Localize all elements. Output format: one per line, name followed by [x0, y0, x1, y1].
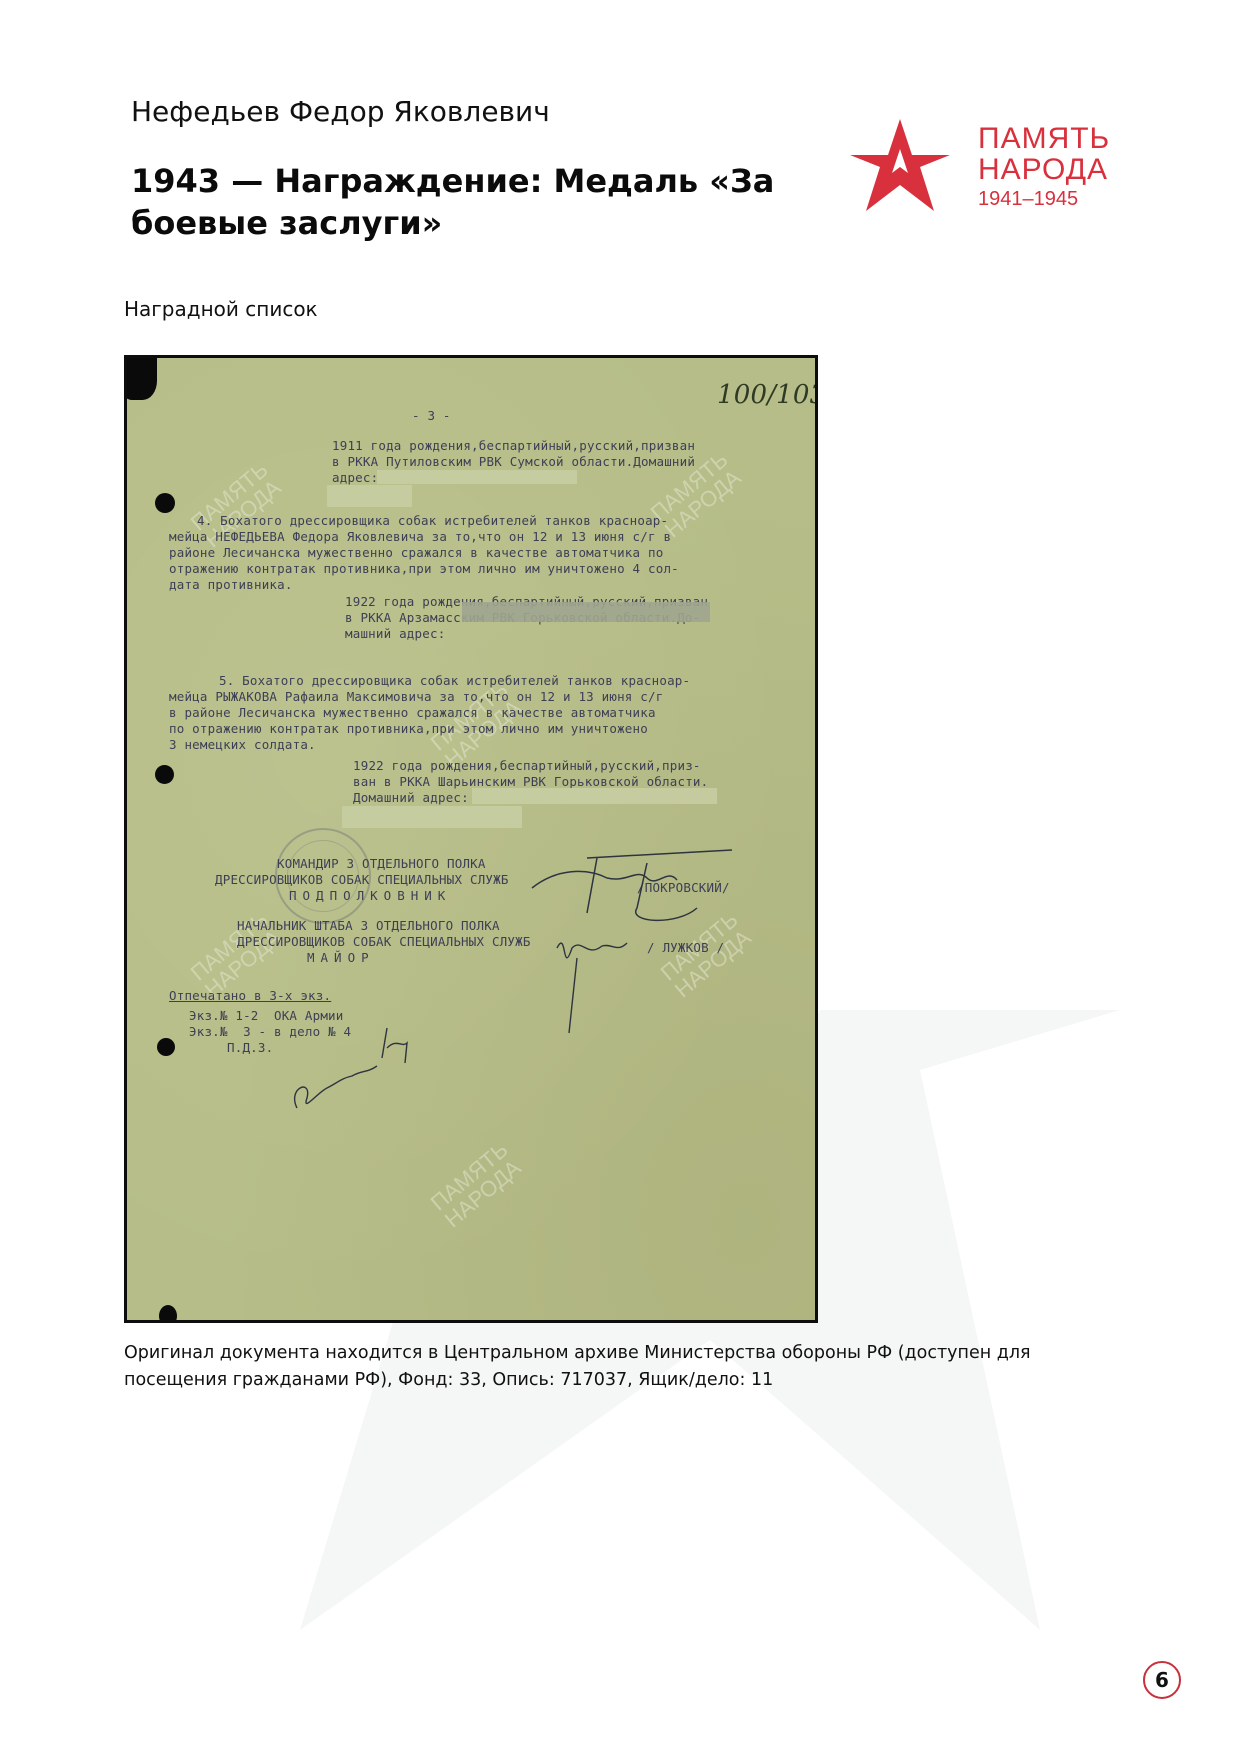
redacted-address	[462, 602, 710, 622]
redacted-address	[342, 806, 522, 828]
scan-watermark: ПАМЯТЬ НАРОДА	[427, 1114, 555, 1231]
doc-line: районе Лесичанска мужественно сражался в…	[169, 545, 663, 561]
doc-line: в районе Лесичанска мужественно сражался…	[169, 705, 656, 721]
punch-hole	[155, 765, 174, 784]
page-marker: - 3 -	[412, 408, 451, 424]
punch-hole	[159, 1305, 177, 1323]
logo-years: 1941–1945	[978, 185, 1110, 213]
doc-line: машний адрес:	[345, 626, 445, 642]
printed-copies-note: Отпечатано в 3-х экз.	[169, 988, 331, 1004]
doc-line: 3 немецких солдата.	[169, 737, 316, 753]
person-name: Нефедьев Федор Яковлевич	[131, 95, 550, 128]
copy-distribution-line: П.Д.З.	[227, 1040, 273, 1056]
signature-block-line: ДРЕССИРОВЩИКОВ СОБАК СПЕЦИАЛЬНЫХ СЛУЖБ	[215, 872, 509, 888]
redacted-address	[472, 788, 717, 804]
doc-line: по отражению контратак противника,при эт…	[169, 721, 648, 737]
red-star-icon	[850, 115, 950, 215]
punch-hole	[157, 1038, 175, 1056]
handwritten-archive-number: 100/103	[717, 388, 818, 404]
doc-line: дата противника.	[169, 577, 293, 593]
redacted-address	[377, 470, 577, 484]
punch-hole	[155, 493, 175, 513]
logo-line2: НАРОДА	[978, 154, 1110, 185]
signature-block-line: НАЧАЛЬНИК ШТАБА 3 ОТДЕЛЬНОГО ПОЛКА	[237, 918, 500, 934]
signatory-name: / ЛУЖКОВ /	[647, 940, 724, 956]
handwritten-signature	[547, 918, 657, 1038]
doc-line: 1922 года рождения,беспартийный,русский,…	[353, 758, 701, 774]
doc-line: 1911 года рождения,беспартийный,русский,…	[332, 438, 695, 454]
document-type-label: Наградной список	[124, 297, 318, 321]
document-scan-image[interactable]: ПАМЯТЬ НАРОДА ПАМЯТЬ НАРОДА ПАМЯТЬ НАРОД…	[124, 355, 818, 1323]
doc-line: 4. Бохатого дрессировщика собак истребит…	[197, 513, 668, 529]
redacted-address	[327, 485, 412, 507]
signature-block-line: КОМАНДИР 3 ОТДЕЛЬНОГО ПОЛКА	[277, 856, 486, 872]
doc-line: адрес:	[332, 470, 378, 486]
handwritten-signature	[527, 838, 737, 928]
doc-line: отражению контратак противника,при этом …	[169, 561, 679, 577]
pamyat-naroda-logo: ПАМЯТЬ НАРОДА 1941–1945	[850, 115, 1130, 220]
page-number: 6	[1143, 1661, 1181, 1699]
doc-line: в РККА Путиловским РВК Сумской области.Д…	[332, 454, 695, 470]
doc-line: Домашний адрес:	[353, 790, 469, 806]
doc-line: мейца НЕФЕДЬЕВА Федора Яковлевича за то,…	[169, 529, 671, 545]
logo-text: ПАМЯТЬ НАРОДА 1941–1945	[978, 123, 1110, 213]
handwritten-signature	[287, 1018, 427, 1118]
signature-block-line: ДРЕССИРОВЩИКОВ СОБАК СПЕЦИАЛЬНЫХ СЛУЖБ	[237, 934, 531, 950]
signature-block-line: ПОДПОЛКОВНИК	[289, 888, 451, 904]
doc-line: 5. Бохатого дрессировщика собак истребит…	[219, 673, 690, 689]
signature-block-line: МАЙОР	[307, 950, 375, 966]
archive-source-caption: Оригинал документа находится в Центральн…	[124, 1340, 1104, 1394]
logo-line1: ПАМЯТЬ	[978, 123, 1110, 154]
scan-corner-shadow	[124, 355, 157, 400]
page-title: 1943 — Награждение: Медаль «За боевые за…	[131, 160, 791, 244]
doc-line: мейца РЫЖАКОВА Рафаила Максимовича за то…	[169, 689, 663, 705]
